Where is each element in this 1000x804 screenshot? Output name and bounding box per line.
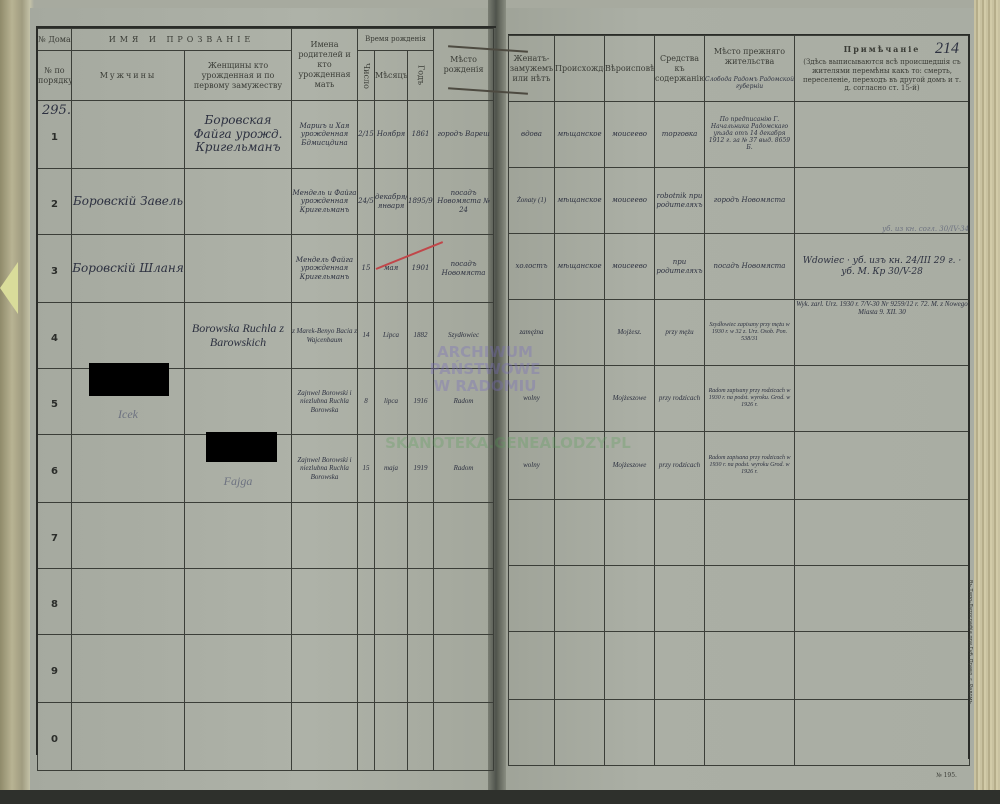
- month-cell: maja: [375, 435, 408, 503]
- year-cell: 1919: [408, 435, 434, 503]
- origin-cell: [555, 300, 605, 366]
- year-header: Годъ: [408, 51, 434, 101]
- men-cell: [72, 101, 185, 169]
- table-row: [509, 566, 970, 632]
- religion-header: Вѣроисповѣданіе: [605, 36, 655, 102]
- prev-residence-header: Мѣсто прежняго жительства Слобода Радомъ…: [705, 36, 795, 102]
- house-number: 295.: [42, 103, 71, 118]
- parents-cell: z Marek-Benyo Bacia z Wajcenbaum: [292, 303, 358, 369]
- birthplace-cell: Szydłowiec: [434, 303, 494, 369]
- name-group-header: ИМЯ И ПРОЗВАНІЕ: [72, 29, 292, 51]
- row-number: 3: [51, 266, 58, 277]
- men-cell: Боровскій Шланя: [72, 235, 185, 303]
- men-cell: [72, 435, 185, 503]
- remarks-cell: уб. из кн. согл. 30/IV-34: [795, 168, 970, 234]
- page-number: 214: [935, 40, 959, 58]
- house-no-header: № Дома: [38, 29, 72, 51]
- table-row: wolny Mojżeszowe przy rodzicach Radom za…: [509, 432, 970, 500]
- birthplace-cell: Radom: [434, 435, 494, 503]
- origin-cell: мѣщанское: [555, 168, 605, 234]
- prev-residence-cell: Radom zapisana przy rodzicach w 1930 r. …: [705, 432, 795, 500]
- order-no-header: № по порядку: [38, 51, 72, 101]
- birthplace-cell: посадъ Новомяста № 24: [434, 169, 494, 235]
- row-number: 9: [51, 666, 58, 677]
- day-cell: 8: [358, 369, 375, 435]
- prev-residence-handwritten-note: Слобода Радомъ Радомской губерніи: [705, 77, 794, 91]
- remarks-cell: [795, 102, 970, 168]
- remarks-cell: Wyk. zarl. Urz. 1930 r. 7/V-30 Nr 9259/1…: [795, 300, 970, 366]
- means-cell: przy rodzicach: [655, 366, 705, 432]
- remarks-cell: [795, 366, 970, 432]
- row-number: 7: [51, 533, 58, 544]
- table-row: 4 Borowska Ruchla z Barowskich z Marek-B…: [38, 303, 494, 369]
- parents-cell: Zajnwel Borowski i niezlubna Ruchla Boro…: [292, 369, 358, 435]
- women-header: Женщины кто урожденная и по первому заму…: [185, 51, 292, 101]
- religion-cell: моисеево: [605, 102, 655, 168]
- prev-residence-cell: посадъ Новомяста: [705, 234, 795, 300]
- origin-cell: мѣщанское: [555, 234, 605, 300]
- prev-residence-cell: Radom zapisany przy rodzicach w 1930 r. …: [705, 366, 795, 432]
- table-row: Żonaty (1) мѣщанское моисеево robotnik п…: [509, 168, 970, 234]
- redaction-box: [206, 432, 277, 462]
- table-row: [509, 700, 970, 766]
- year-cell: 1861: [408, 101, 434, 169]
- marital-cell: zamężna: [509, 300, 555, 366]
- month-cell: Lipca: [375, 303, 408, 369]
- day-cell: 2/15: [358, 101, 375, 169]
- month-header: Мѣсяцъ: [375, 51, 408, 101]
- marital-cell: wolny: [509, 366, 555, 432]
- women-cell: [185, 235, 292, 303]
- year-cell: 1895/96: [408, 169, 434, 235]
- origin-cell: [555, 432, 605, 500]
- prev-residence-cell: Szydłowiec zapisany przy mężu w 1930 r. …: [705, 300, 795, 366]
- row-number: 2: [51, 199, 58, 210]
- birthplace-cell: городъ Вареш: [434, 101, 494, 169]
- form-number: № 195.: [936, 772, 957, 779]
- marital-cell: Żonaty (1): [509, 168, 555, 234]
- table-row: [509, 500, 970, 566]
- left-outer-rule: [36, 27, 38, 755]
- remarks-cell: [795, 432, 970, 500]
- parents-cell: Маршъ и Хая урожденная Бдмисцдина: [292, 101, 358, 169]
- women-cell: Боровская Файга урожд. Кригельманъ: [185, 101, 292, 169]
- religion-cell: моисеево: [605, 168, 655, 234]
- table-row: wolny Mojżeszowe przy rodzicach Radom za…: [509, 366, 970, 432]
- table-row: 3 Боровскій Шланя Мендель Файга урожденн…: [38, 235, 494, 303]
- means-cell: przy mężu: [655, 300, 705, 366]
- month-cell: lipca: [375, 369, 408, 435]
- year-cell: 1882: [408, 303, 434, 369]
- means-header: Средства къ содержанію: [655, 36, 705, 102]
- table-row: 8: [38, 569, 494, 635]
- birthplace-cell: посадъ Новомяста: [434, 235, 494, 303]
- table-row: 0: [38, 703, 494, 771]
- row-number: 8: [51, 599, 58, 610]
- women-cell: [185, 169, 292, 235]
- birthplace-cell: Radom: [434, 369, 494, 435]
- remarks-cell: Wdowiec · уб. изъ кн. 24/III 29 г. · уб.…: [795, 234, 970, 300]
- table-row: zamężna Mojżesz. przy mężu Szydłowiec za…: [509, 300, 970, 366]
- day-cell: 15: [358, 435, 375, 503]
- printer-imprint: Въ Типо-Литографіи при Губ. Правл. г. Ра…: [967, 580, 973, 706]
- prev-residence-cell: По предписанію Г. Начальника Радомскаго …: [705, 102, 795, 168]
- marital-cell: вдова: [509, 102, 555, 168]
- parents-cell: Мендель и Файга урожденная Кригельманъ: [292, 169, 358, 235]
- redaction-box: [89, 363, 169, 396]
- means-cell: przy rodzicach: [655, 432, 705, 500]
- origin-cell: [555, 366, 605, 432]
- day-header: Число: [358, 51, 375, 101]
- table-row: 2 Боровскій Завель Мендель и Файга урожд…: [38, 169, 494, 235]
- day-cell: 24/5: [358, 169, 375, 235]
- row-number: 6: [51, 466, 58, 477]
- prev-residence-cell: городъ Новомяста: [705, 168, 795, 234]
- table-row: вдова мѣщанское моисеево торговка По пре…: [509, 102, 970, 168]
- table-row: 7: [38, 503, 494, 569]
- means-cell: robotnik при родителяхъ: [655, 168, 705, 234]
- birth-time-header: Время рожденія: [358, 29, 434, 51]
- women-cell: Borowska Ruchla z Barowskich: [185, 303, 292, 369]
- means-cell: при родителяхъ: [655, 234, 705, 300]
- month-cell: Ноября: [375, 101, 408, 169]
- row-number: 4: [51, 333, 58, 344]
- table-row: холостъ мѣщанское моисеево при родителях…: [509, 234, 970, 300]
- origin-header: Происхожденіе: [555, 36, 605, 102]
- year-cell: 1916: [408, 369, 434, 435]
- day-cell: 14: [358, 303, 375, 369]
- day-cell: 15: [358, 235, 375, 303]
- men-cell: Боровскій Завель: [72, 169, 185, 235]
- religion-cell: Mojżeszowe: [605, 366, 655, 432]
- religion-cell: Mojżeszowe: [605, 432, 655, 500]
- table-row: [509, 632, 970, 700]
- parents-header: Имена родителей и кто урожденная мать: [292, 29, 358, 101]
- prev-residence-title: Мѣсто прежняго жительства: [705, 47, 794, 67]
- parents-cell: Zajnwel Borowski i niezlubna Ruchla Boro…: [292, 435, 358, 503]
- left-register-table: № Дома ИМЯ И ПРОЗВАНІЕ Имена родителей и…: [37, 28, 494, 771]
- bottom-shadow: [0, 790, 1000, 804]
- month-cell: декабря/января: [375, 169, 408, 235]
- row-number: 1: [51, 132, 58, 143]
- table-row: 9: [38, 635, 494, 703]
- row-number: 0: [51, 734, 58, 745]
- parents-cell: Мендель Файга урожденная Кригельманъ: [292, 235, 358, 303]
- marital-cell: холостъ: [509, 234, 555, 300]
- religion-cell: Mojżesz.: [605, 300, 655, 366]
- table-row: 295.1 Боровская Файга урожд. Кригельманъ…: [38, 101, 494, 169]
- men-cell: [72, 303, 185, 369]
- marital-cell: wolny: [509, 432, 555, 500]
- origin-cell: мѣщанское: [555, 102, 605, 168]
- page-edges: [974, 0, 1000, 804]
- right-register-table: Женатъ-замужемъ или нѣтъ Происхожденіе В…: [508, 35, 970, 766]
- men-header: Мужчины: [72, 51, 185, 101]
- year-cell: 1901: [408, 235, 434, 303]
- remarks-instructions: (Здѣсь выписываются всѣ происшедшія съ ж…: [799, 58, 965, 93]
- row-number: 5: [51, 399, 58, 410]
- women-cell: [185, 369, 292, 435]
- religion-cell: моисеево: [605, 234, 655, 300]
- means-cell: торговка: [655, 102, 705, 168]
